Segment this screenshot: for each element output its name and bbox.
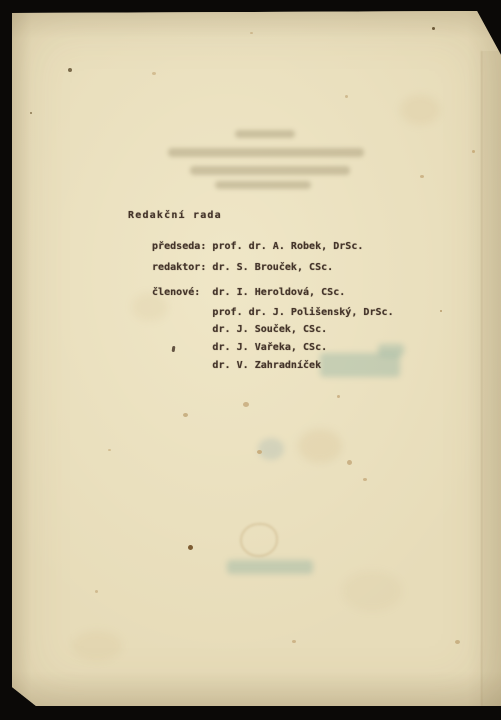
bleed-through-spot (258, 438, 284, 460)
paper-speck (432, 27, 435, 30)
scan-background: Redakční rada předseda: prof. dr. A. Rob… (0, 0, 501, 720)
bleed-through-stamp (378, 344, 404, 356)
paper-stain (342, 571, 402, 611)
paper-speck (152, 72, 156, 75)
paper-speck (345, 95, 348, 98)
editorial-board-line-chairman: předseda: prof. dr. A. Robek, DrSc. (152, 240, 363, 253)
paper-ring-stain (240, 523, 278, 557)
paper-speck (250, 32, 253, 34)
paper-speck (108, 449, 111, 451)
editorial-board-line-member: dr. J. Souček, CSc. (152, 323, 327, 336)
editorial-board-line-member: dr. V. Zahradníček (152, 359, 321, 372)
scanned-document-page: Redakční rada předseda: prof. dr. A. Rob… (12, 11, 501, 706)
paper-speck (292, 640, 296, 643)
paper-speck (257, 450, 262, 454)
paper-speck (188, 545, 193, 550)
bleed-through-text-block (168, 148, 364, 157)
paper-speck (243, 402, 249, 407)
paper-stain (298, 429, 342, 463)
editorial-board-heading: Redakční rada (128, 209, 222, 222)
paper-stain (72, 631, 122, 661)
editorial-board-line-member: prof. dr. J. Polišenský, DrSc. (152, 306, 394, 319)
paper-speck (420, 175, 424, 178)
paper-speck (472, 150, 475, 153)
editorial-board-line-member: dr. J. Vařeka, CSc. (152, 341, 327, 354)
paper-speck (183, 413, 188, 417)
bleed-through-text-block (190, 166, 350, 175)
paper-speck (440, 310, 442, 312)
paper-speck (95, 590, 98, 593)
bleed-through-stamp (320, 353, 400, 377)
bleed-through-text-block (215, 181, 311, 189)
paper-stain (400, 95, 440, 125)
paper-speck (337, 395, 340, 398)
bleed-through-text-block (235, 130, 295, 138)
paper-speck (455, 640, 460, 644)
page-edge-shadow (482, 51, 501, 706)
paper-speck (30, 112, 32, 114)
paper-speck (347, 460, 352, 465)
paper-speck (363, 478, 367, 481)
bleed-through-stamp (227, 560, 313, 574)
editorial-board-line-editor: redaktor: dr. S. Brouček, CSc. (152, 261, 333, 274)
editorial-board-line-member: členové: dr. I. Heroldová, CSc. (152, 286, 345, 299)
paper-speck (68, 68, 72, 72)
